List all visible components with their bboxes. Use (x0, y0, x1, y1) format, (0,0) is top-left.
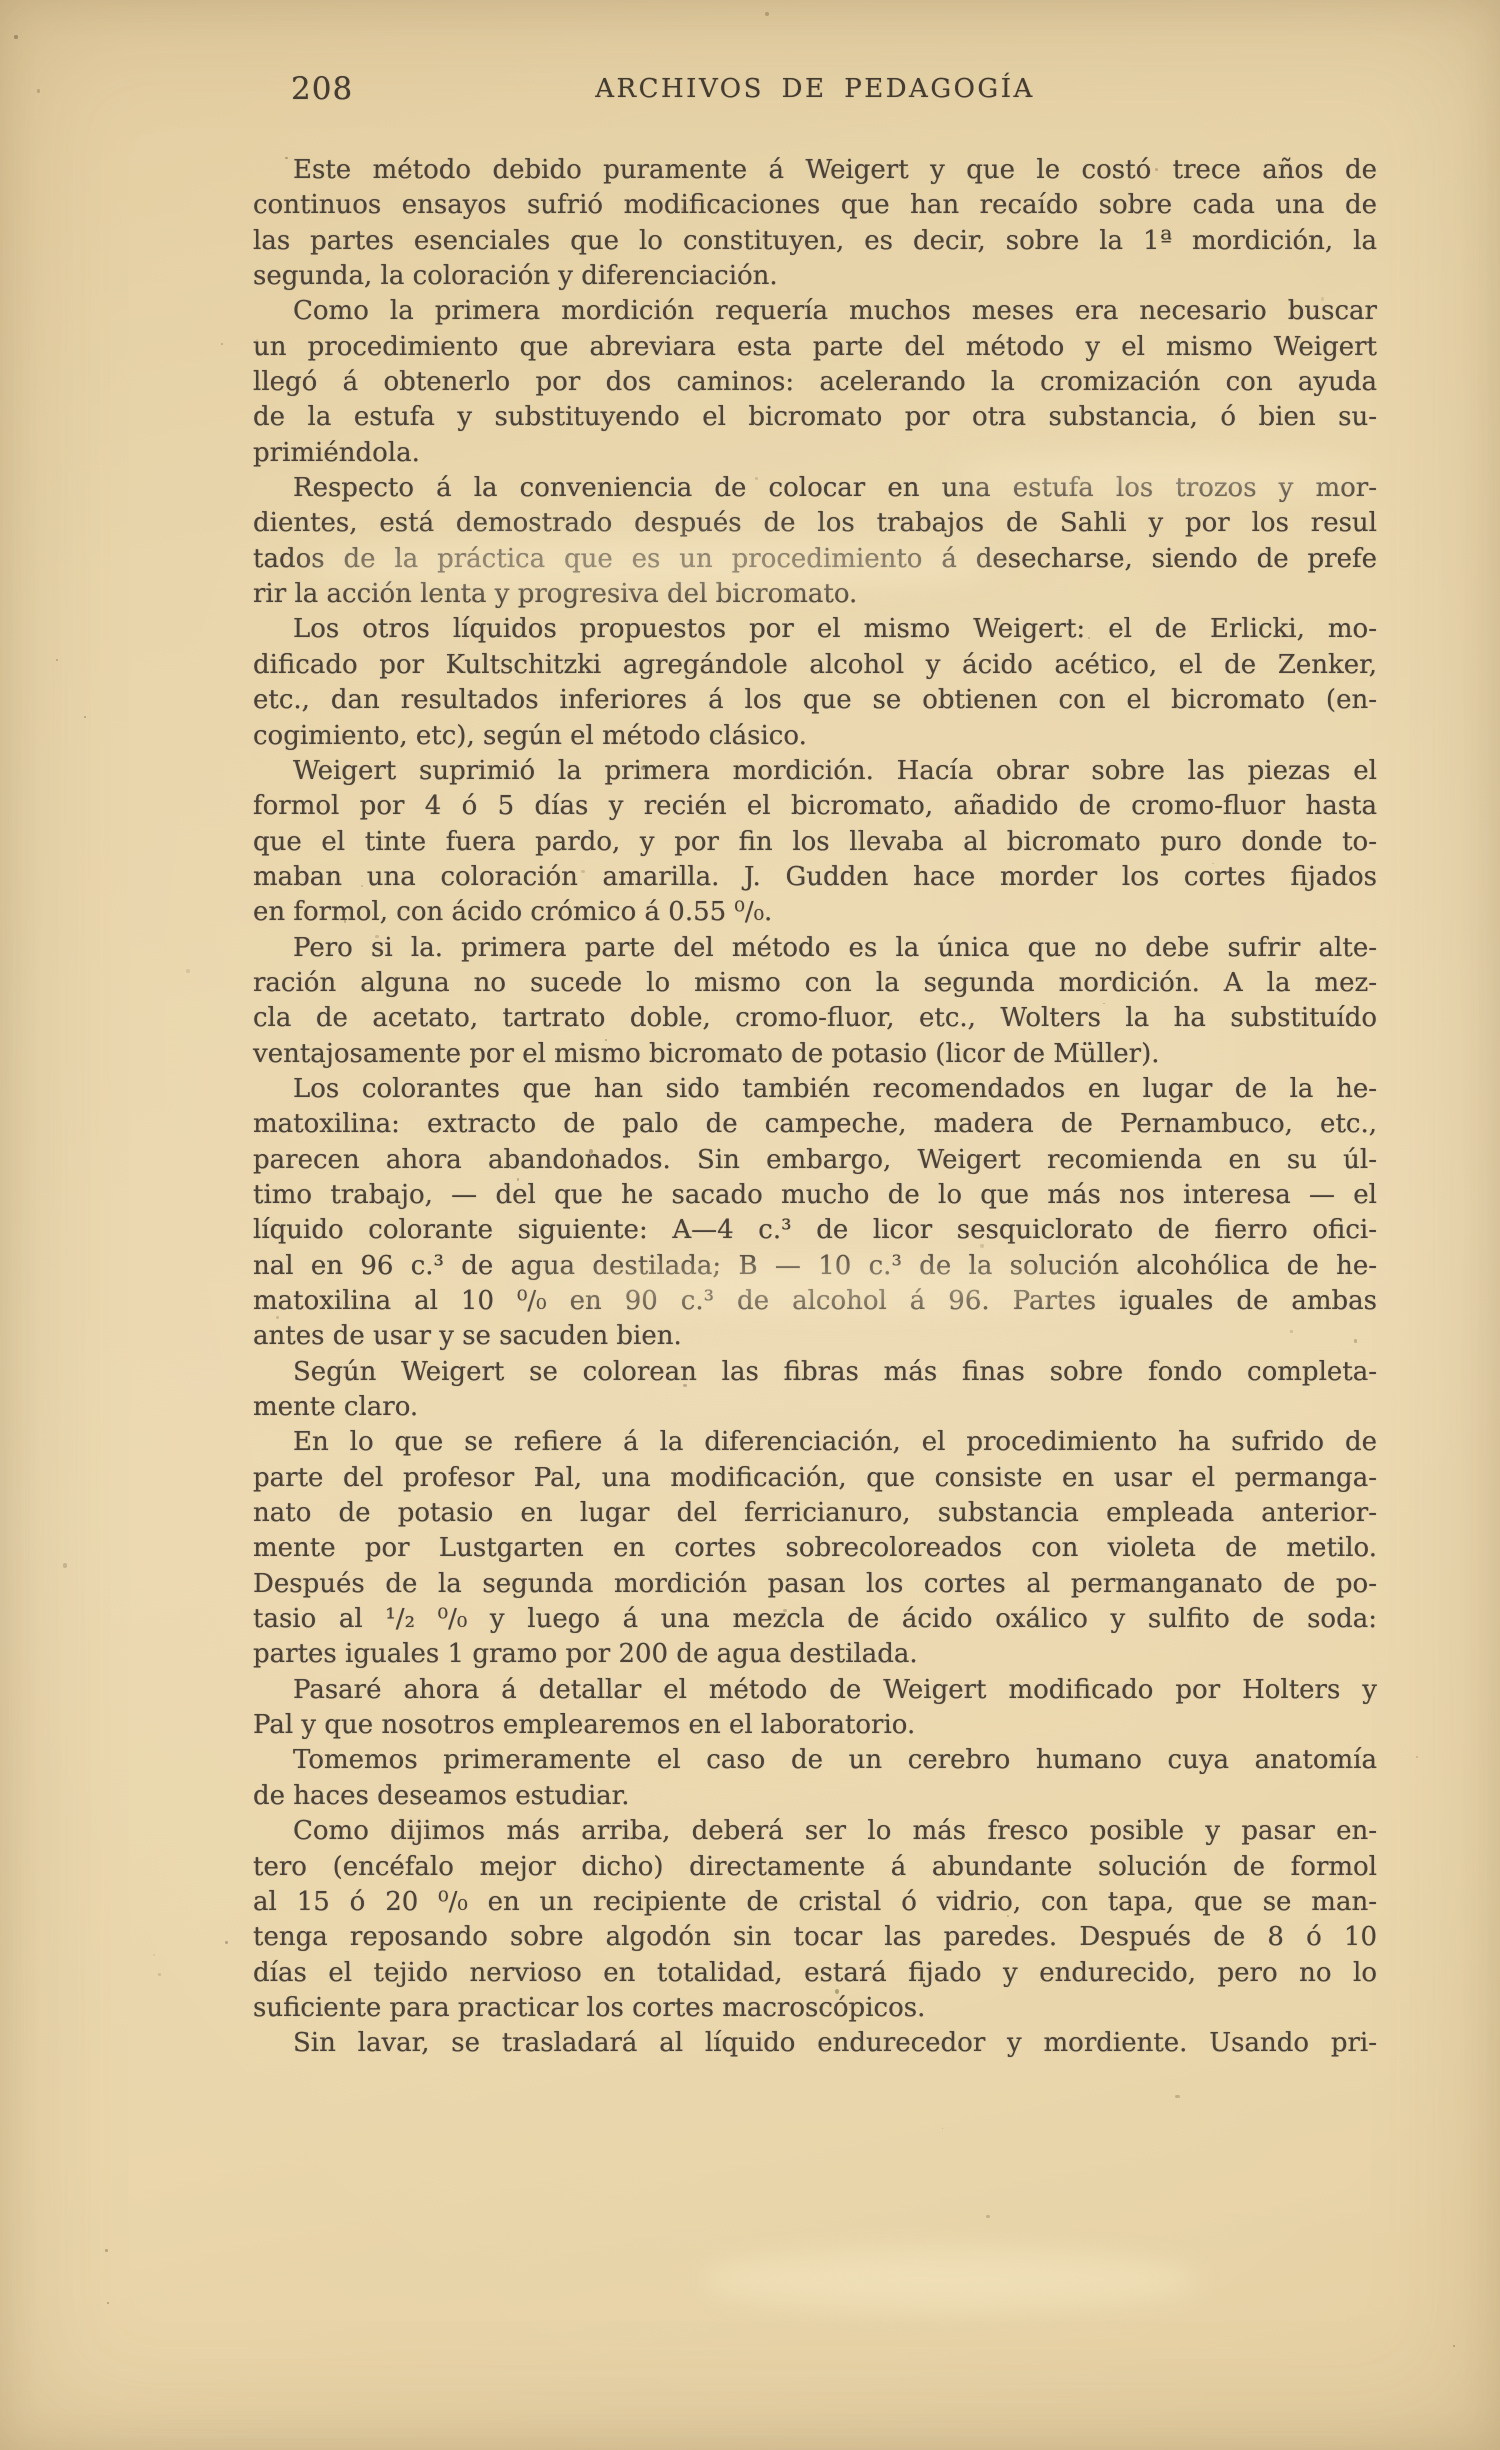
paper-speck (986, 2215, 990, 2218)
text-line: segunda, la coloración y diferenciación. (253, 259, 1377, 294)
text-line: Sin lavar, se trasladará al líquido endu… (253, 2026, 1377, 2061)
text-line: tasio al ¹/₂ ⁰/₀ y luego á una mezcla de… (253, 1602, 1377, 1637)
text-line: Los colorantes que han sido también reco… (253, 1072, 1377, 1107)
text-line: partes iguales 1 gramo por 200 de agua d… (253, 1637, 1377, 1672)
text-line: tenga reposando sobre algodón sin tocar … (253, 1920, 1377, 1955)
paper-speck (186, 969, 190, 973)
text-line: Respecto á la conveniencia de colocar en… (253, 471, 1377, 506)
text-line: llegó á obtenerlo por dos caminos: acele… (253, 365, 1377, 400)
text-line: parte del profesor Pal, una modificación… (253, 1461, 1377, 1496)
text-line: En lo que se refiere á la diferenciación… (253, 1425, 1377, 1460)
paragraph: Pero si la. primera parte del método es … (253, 931, 1377, 1072)
paper-speck (221, 343, 224, 345)
paper-speck (84, 716, 86, 718)
paragraph: Tomemos primeramente el caso de un cereb… (253, 1743, 1377, 1814)
paper-speck (153, 1954, 155, 1956)
journal-title: ARCHIVOS DE PEDAGOGÍA (253, 68, 1377, 110)
text-line: de la estufa y substituyendo el bicromat… (253, 400, 1377, 435)
text-line: dificado por Kultschitzki agregándole al… (253, 648, 1377, 683)
text-line: formol por 4 ó 5 días y recién el bicrom… (253, 789, 1377, 824)
text-line: Como dijimos más arriba, deberá ser lo m… (253, 1814, 1377, 1849)
text-line: nal en 96 c.³ de agua destilada; B — 10 … (253, 1249, 1377, 1284)
text-line: mente claro. (253, 1390, 1377, 1425)
text-line: tero (encéfalo mejor dicho) directamente… (253, 1850, 1377, 1885)
paper-speck (56, 659, 58, 661)
text-line: mente por Lustgarten en cortes sobrecolo… (253, 1531, 1377, 1566)
text-line: dientes, está demostrado después de los … (253, 506, 1377, 541)
paper-smudge (700, 2250, 1200, 2310)
text-line: Después de la segunda mordición pasan lo… (253, 1567, 1377, 1602)
paper-speck (1416, 1756, 1418, 1758)
text-line: líquido colorante siguiente: A—4 c.³ de … (253, 1213, 1377, 1248)
paper-speck (765, 12, 769, 16)
paper-speck (14, 35, 18, 38)
paper-speck (1175, 2095, 1179, 2099)
text-line: Weigert suprimió la primera mordición. H… (253, 754, 1377, 789)
paper-speck (1453, 2345, 1455, 2347)
paper-speck (942, 2128, 944, 2130)
text-line: antes de usar y se sacuden bien. (253, 1319, 1377, 1354)
text-line: de haces deseamos estudiar. (253, 1779, 1377, 1814)
text-line: cogimiento, etc), según el método clásic… (253, 719, 1377, 754)
paragraph: Según Weigert se colorean las fibras más… (253, 1355, 1377, 1426)
paragraph: Pasaré ahora á detallar el método de Wei… (253, 1673, 1377, 1744)
text-line: Los otros líquidos propuestos por el mis… (253, 612, 1377, 647)
paper-speck (63, 1563, 67, 1567)
paper-speck (37, 89, 40, 93)
text-line: suficiente para practicar los cortes mac… (253, 1991, 1377, 2026)
text-line: primiéndola. (253, 436, 1377, 471)
text-line: días el tejido nervioso en totalidad, es… (253, 1956, 1377, 1991)
paragraph: Respecto á la conveniencia de colocar en… (253, 471, 1377, 612)
paragraph: Los colorantes que han sido también reco… (253, 1072, 1377, 1355)
text-line: parecen ahora abandonados. Sin embargo, … (253, 1143, 1377, 1178)
text-line: al 15 ó 20 ⁰/₀ en un recipiente de crist… (253, 1885, 1377, 1920)
scanned-page: 208 ARCHIVOS DE PEDAGOGÍA Este método de… (0, 0, 1500, 2450)
text-line: continuos ensayos sufrió modificaciones … (253, 188, 1377, 223)
paper-speck (158, 1973, 161, 1976)
text-line: timo trabajo, — del que he sacado mucho … (253, 1178, 1377, 1213)
page-body: Este método debido puramente á Weigert y… (253, 153, 1377, 2062)
text-line: en formol, con ácido crómico á 0.55 ⁰/₀. (253, 895, 1377, 930)
text-line: matoxilina: extracto de palo de campeche… (253, 1107, 1377, 1142)
text-line: etc., dan resultados inferiores á los qu… (253, 683, 1377, 718)
paragraph: Los otros líquidos propuestos por el mis… (253, 612, 1377, 753)
paragraph: Sin lavar, se trasladará al líquido endu… (253, 2026, 1377, 2061)
text-line: que el tinte fuera pardo, y por fin los … (253, 825, 1377, 860)
text-line: cla de acetato, tartrato doble, cromo-fl… (253, 1001, 1377, 1036)
paragraph: En lo que se refiere á la diferenciación… (253, 1425, 1377, 1672)
paper-speck (107, 2302, 109, 2305)
paragraph: Como la primera mordición requería mucho… (253, 294, 1377, 471)
text-line: ración alguna no sucede lo mismo con la … (253, 966, 1377, 1001)
text-line: rir la acción lenta y progresiva del bic… (253, 577, 1377, 612)
paragraph: Weigert suprimió la primera mordición. H… (253, 754, 1377, 931)
text-line: Este método debido puramente á Weigert y… (253, 153, 1377, 188)
text-line: Pasaré ahora á detallar el método de Wei… (253, 1673, 1377, 1708)
text-line: nato de potasio en lugar del ferricianur… (253, 1496, 1377, 1531)
paragraph: Como dijimos más arriba, deberá ser lo m… (253, 1814, 1377, 2026)
text-line: Pal y que nosotros emplearemos en el lab… (253, 1708, 1377, 1743)
text-line: Tomemos primeramente el caso de un cereb… (253, 1743, 1377, 1778)
paragraph: Este método debido puramente á Weigert y… (253, 153, 1377, 294)
text-line: Pero si la. primera parte del método es … (253, 931, 1377, 966)
text-line: las partes esenciales que lo constituyen… (253, 224, 1377, 259)
text-line: maban una coloración amarilla. J. Gudden… (253, 860, 1377, 895)
text-line: tados de la práctica que es un procedimi… (253, 542, 1377, 577)
text-line: un procedimiento que abreviara esta part… (253, 330, 1377, 365)
paper-speck (225, 1941, 228, 1945)
paper-speck (105, 2249, 108, 2251)
page-number: 208 (291, 68, 353, 110)
text-line: Según Weigert se colorean las fibras más… (253, 1355, 1377, 1390)
text-line: matoxilina al 10 ⁰/₀ en 90 c.³ de alcoho… (253, 1284, 1377, 1319)
text-line: Como la primera mordición requería mucho… (253, 294, 1377, 329)
page-header: 208 ARCHIVOS DE PEDAGOGÍA (253, 68, 1377, 110)
text-line: ventajosamente por el mismo bicromato de… (253, 1037, 1377, 1072)
